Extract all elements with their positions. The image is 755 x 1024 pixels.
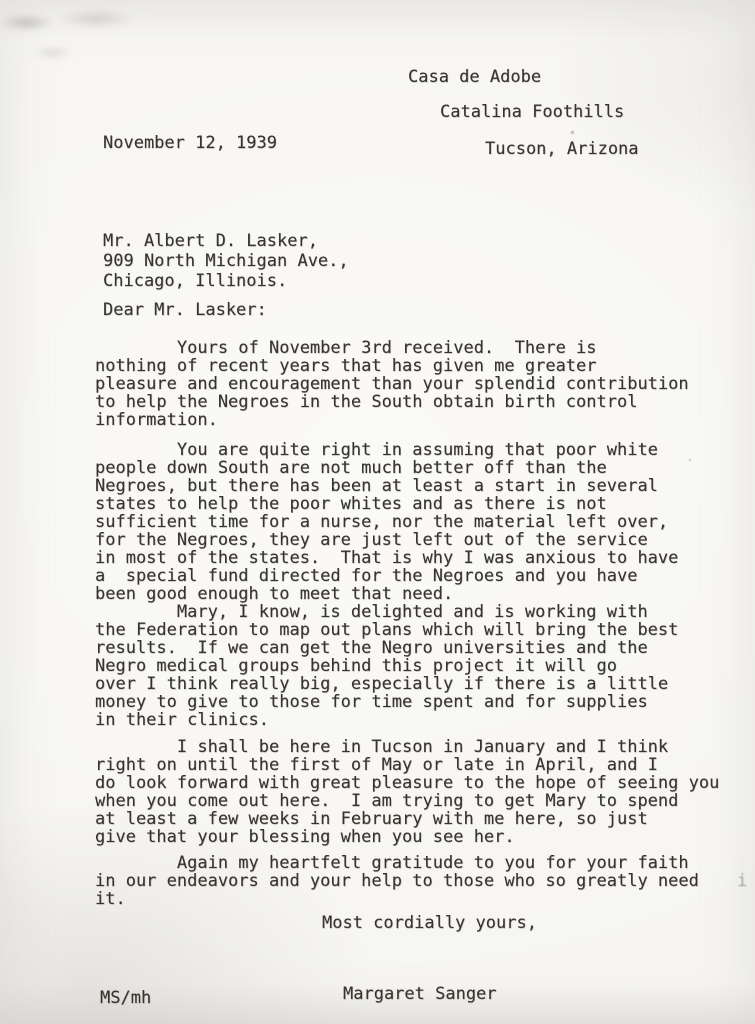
paper-speck	[689, 459, 691, 461]
signature-name: Margaret Sanger	[343, 985, 497, 1003]
letterhead-location: Catalina Foothills	[440, 103, 624, 121]
letterhead-city: Tucson, Arizona	[485, 140, 639, 158]
letterhead-name: Casa de Adobe	[408, 68, 541, 86]
paragraph-5: Again my heartfelt gratitude to you for …	[95, 854, 699, 908]
paragraph-4: I shall be here in Tucson in January and…	[95, 738, 719, 846]
letter-scan: Casa de Adobe Catalina Foothills Novembe…	[0, 0, 755, 1024]
paragraph-3: Mary, I know, is delighted and is workin…	[95, 603, 678, 729]
paragraph-1: Yours of November 3rd received. There is…	[95, 339, 689, 429]
salutation: Dear Mr. Lasker:	[103, 301, 267, 319]
paper-speck	[571, 131, 574, 134]
reference-initials: MS/mh	[100, 989, 151, 1007]
paragraph-2: You are quite right in assuming that poo…	[95, 441, 678, 603]
paper-smudge-bottom-left	[0, 0, 175, 75]
recipient-address: Mr. Albert D. Lasker, 909 North Michigan…	[103, 231, 349, 291]
closing-line: Most cordially yours,	[322, 914, 537, 932]
paper-speck	[214, 700, 216, 702]
typed-edge-fragment: i	[737, 872, 747, 890]
letter-date: November 12, 1939	[103, 134, 277, 152]
